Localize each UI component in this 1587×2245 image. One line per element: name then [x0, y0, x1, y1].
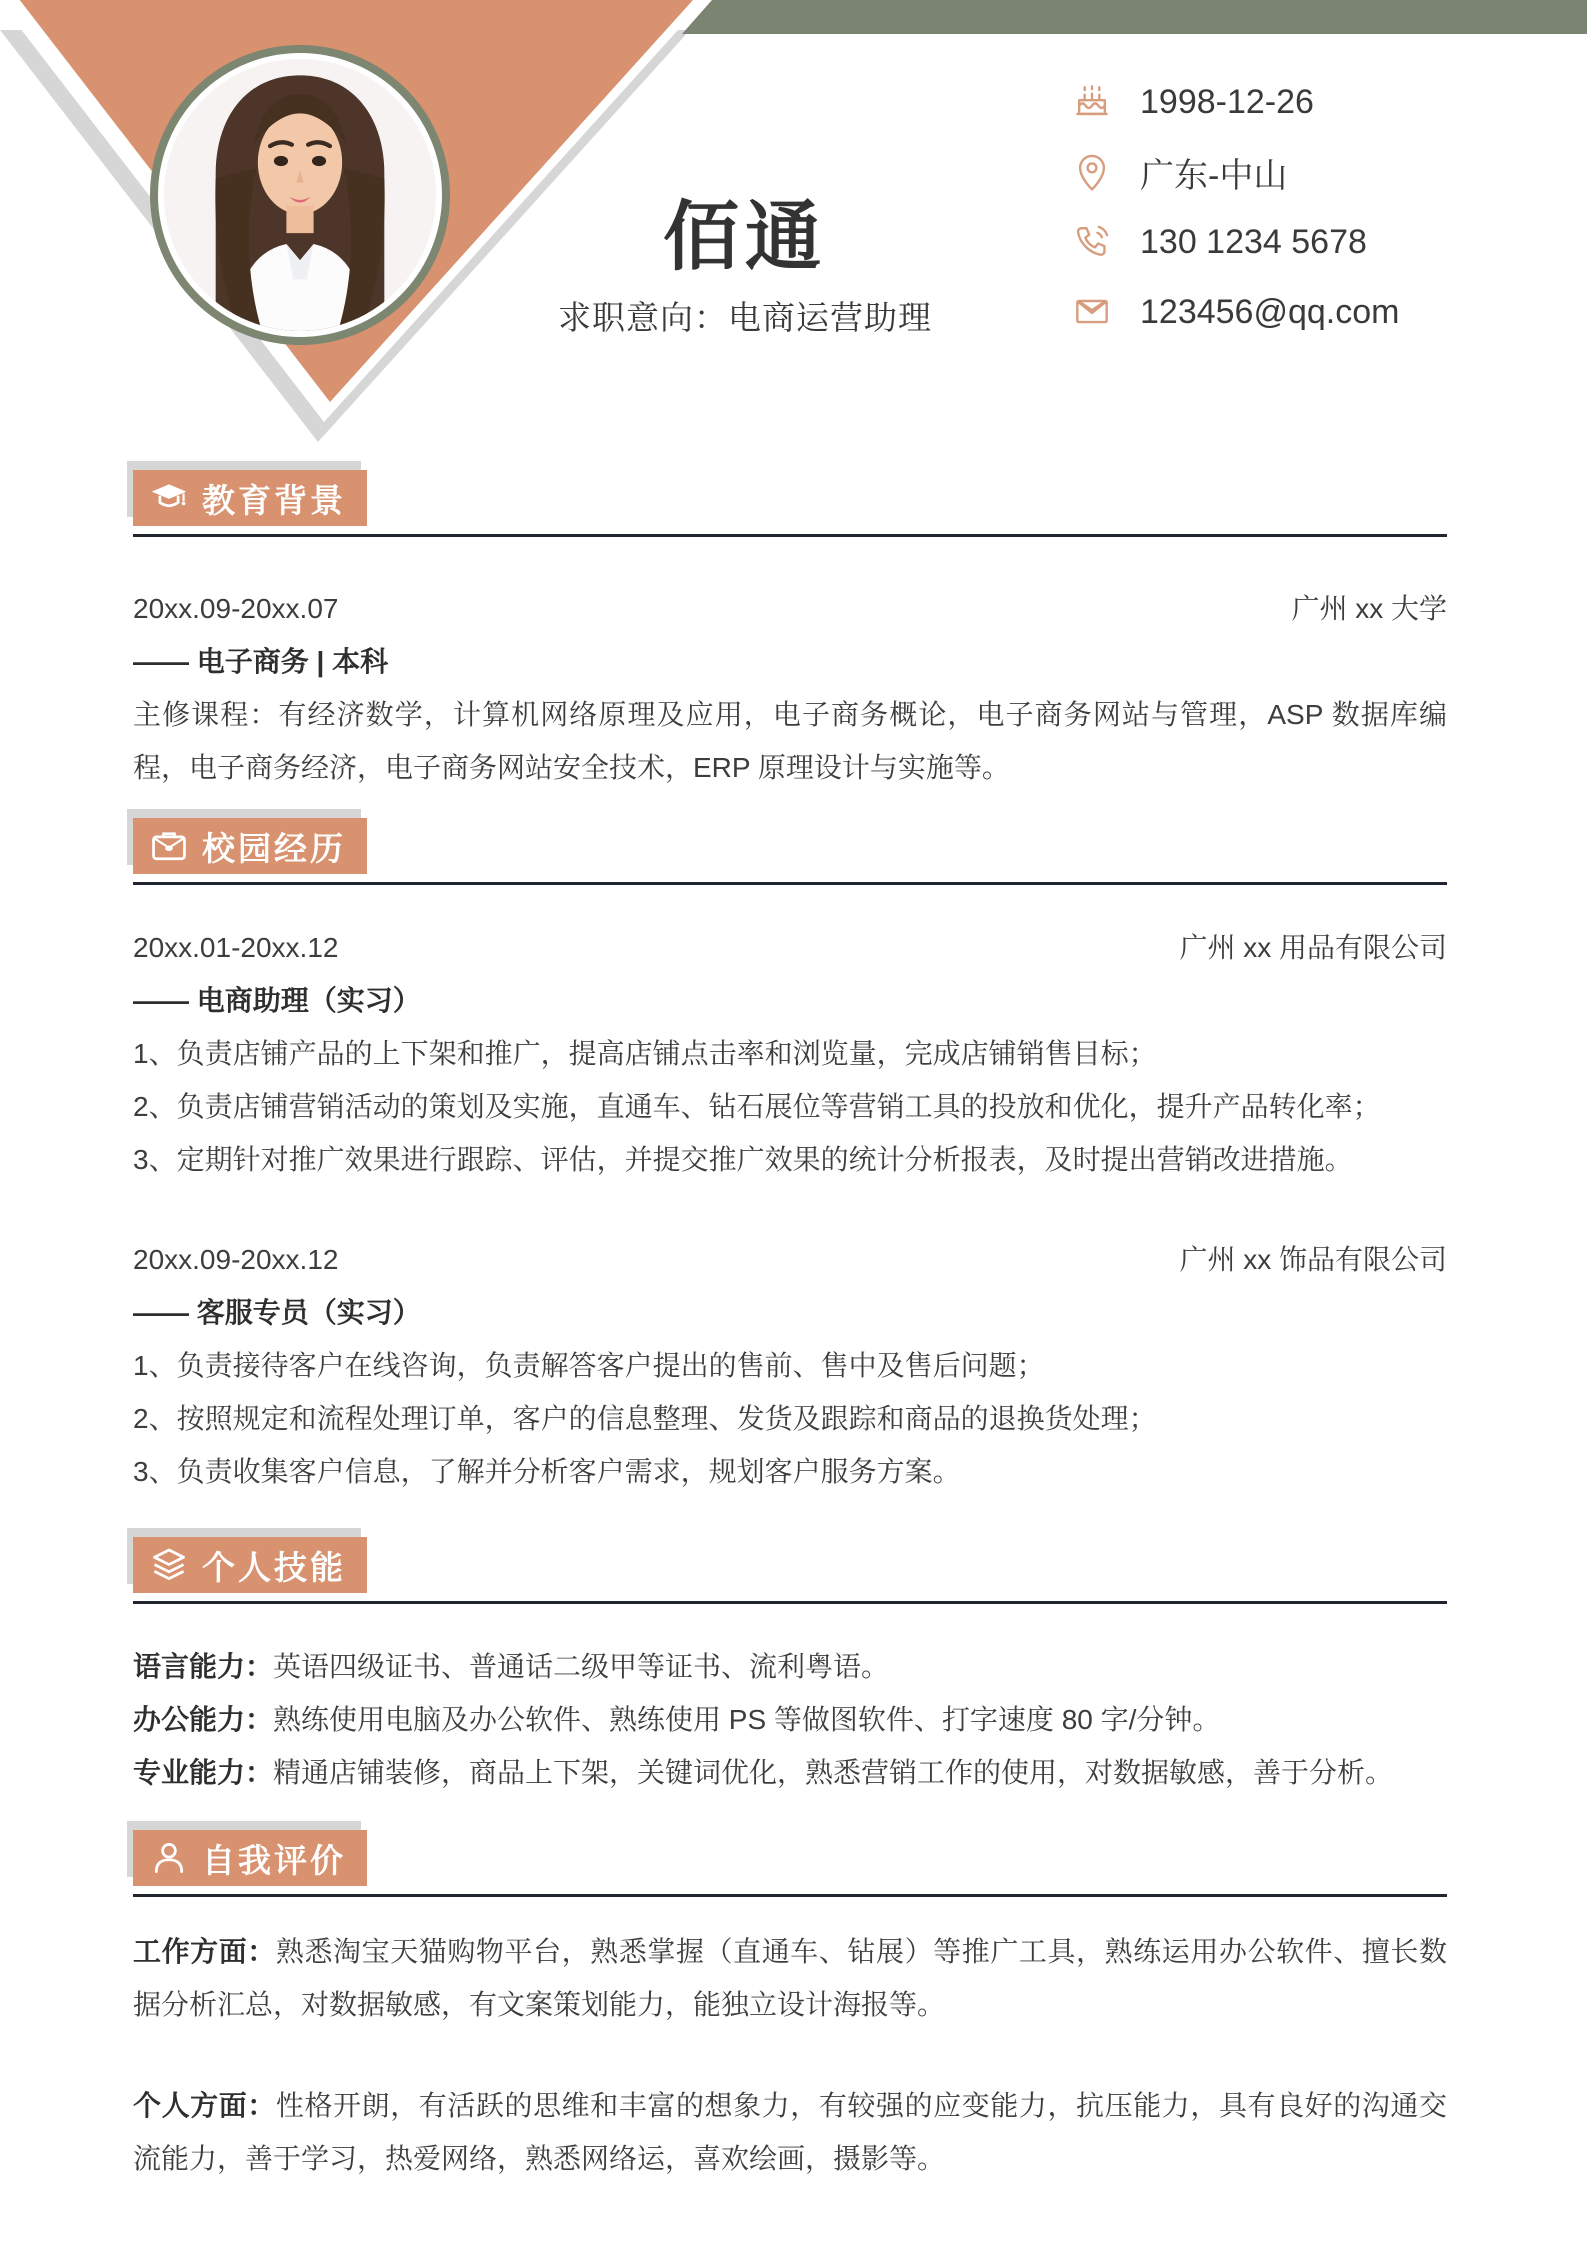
candidate-name: 佰通 [470, 190, 1020, 286]
skill-label: 办公能力： [133, 1704, 273, 1735]
job-title: —— 客服专员（实习） [133, 1286, 1447, 1339]
evaluation-label: 个人方面： [133, 2090, 276, 2121]
decor-green-band [682, 0, 1587, 34]
header: 佰通 求职意向：电商运营助理 1998-12-26 [0, 0, 1587, 470]
section-evaluation: 自我评价 工作方面：熟悉淘宝天猫购物平台，熟悉掌握（直通车、钻展）等推广工具，熟… [133, 1830, 1447, 2185]
section-evaluation-header: 自我评价 [133, 1830, 1447, 1886]
section-header-box: 教育背景 [133, 470, 367, 526]
section-skills-label: 个人技能 [202, 1542, 346, 1589]
education-school: 广州 xx 大学 [1291, 582, 1447, 635]
phone-value: 130 1234 5678 [1140, 223, 1367, 262]
resume-body: 教育背景 20xx.09-20xx.07 广州 xx 大学 —— 电子商务 | … [133, 470, 1447, 2185]
evaluation-label: 工作方面： [133, 1936, 276, 1967]
birthday-cake-icon [1070, 80, 1114, 124]
section-underline [133, 1894, 1447, 1897]
section-header-box: 校园经历 [133, 818, 367, 874]
education-courses: 主修课程：有经济数学，计算机网络原理及应用，电子商务概论，电子商务网站与管理，A… [133, 688, 1447, 794]
skills-list: 语言能力：英语四级证书、普通话二级甲等证书、流利粤语。 办公能力：熟练使用电脑及… [133, 1640, 1447, 1799]
education-degree: —— 电子商务 | 本科 [133, 635, 1447, 688]
location-pin-icon [1070, 150, 1114, 194]
skill-item-professional: 专业能力：精通店铺装修，商品上下架，关键词优化，熟悉营销工作的使用，对数据敏感，… [133, 1746, 1447, 1799]
job-bullet: 2、按照规定和流程处理订单，客户的信息整理、发货及跟踪和商品的退换货处理； [133, 1392, 1447, 1445]
job-title: —— 电商助理（实习） [133, 974, 1447, 1027]
evaluation-personal: 个人方面：性格开朗，有活跃的思维和丰富的想象力，有较强的应变能力，抗压能力，具有… [133, 2079, 1447, 2185]
job-company: 广州 xx 用品有限公司 [1179, 921, 1447, 974]
skill-item-office: 办公能力：熟练使用电脑及办公软件、熟练使用 PS 等做图软件、打字速度 80 字… [133, 1693, 1447, 1746]
birthday-value: 1998-12-26 [1140, 83, 1314, 122]
contact-row-birthday: 1998-12-26 [1070, 79, 1399, 125]
skill-text: 英语四级证书、普通话二级甲等证书、流利粤语。 [273, 1651, 889, 1682]
evaluation-list: 工作方面：熟悉淘宝天猫购物平台，熟悉掌握（直通车、钻展）等推广工具，熟练运用办公… [133, 1925, 1447, 2185]
section-campus: 校园经历 20xx.01-20xx.12 广州 xx 用品有限公司 —— 电商助… [133, 818, 1447, 1498]
contact-row-location: 广东-中山 [1070, 149, 1399, 195]
evaluation-text: 性格开朗，有活跃的思维和丰富的想象力，有较强的应变能力，抗压能力，具有良好的沟通… [133, 2090, 1447, 2174]
briefcase-icon [149, 826, 189, 866]
job-bullet: 3、定期针对推广效果进行跟踪、评估，并提交推广效果的统计分析报表，及时提出营销改… [133, 1133, 1447, 1186]
campus-job-2: 20xx.09-20xx.12 广州 xx 饰品有限公司 —— 客服专员（实习）… [133, 1233, 1447, 1498]
evaluation-work: 工作方面：熟悉淘宝天猫购物平台，熟悉掌握（直通车、钻展）等推广工具，熟练运用办公… [133, 1925, 1447, 2031]
section-campus-label: 校园经历 [202, 823, 346, 870]
section-header-box: 个人技能 [133, 1537, 367, 1593]
section-evaluation-label: 自我评价 [202, 1835, 346, 1882]
skill-text: 熟练使用电脑及办公软件、熟练使用 PS 等做图软件、打字速度 80 字/分钟。 [273, 1704, 1220, 1735]
skill-text: 精通店铺装修，商品上下架，关键词优化，熟悉营销工作的使用，对数据敏感，善于分析。 [273, 1757, 1393, 1788]
section-header-box: 自我评价 [133, 1830, 367, 1886]
profile-photo [150, 45, 450, 345]
education-period: 20xx.09-20xx.07 [133, 582, 338, 635]
job-intent: 求职意向：电商运营助理 [470, 298, 1020, 338]
contact-row-email: 123456@qq.com [1070, 289, 1399, 335]
email-value: 123456@qq.com [1140, 293, 1399, 332]
section-education: 教育背景 20xx.09-20xx.07 广州 xx 大学 —— 电子商务 | … [133, 470, 1447, 794]
skill-label: 专业能力： [133, 1757, 273, 1788]
job-bullet: 1、负责接待客户在线咨询，负责解答客户提出的售前、售中及售后问题； [133, 1339, 1447, 1392]
identity-block: 佰通 求职意向：电商运营助理 [470, 190, 1020, 338]
section-education-header: 教育背景 [133, 470, 1447, 526]
section-skills: 个人技能 语言能力：英语四级证书、普通话二级甲等证书、流利粤语。 办公能力：熟练… [133, 1537, 1447, 1799]
section-skills-header: 个人技能 [133, 1537, 1447, 1593]
section-underline [133, 882, 1447, 885]
section-underline [133, 534, 1447, 537]
section-underline [133, 1601, 1447, 1604]
contact-list: 1998-12-26 广东-中山 [1070, 79, 1399, 359]
email-icon [1070, 290, 1114, 334]
profile-photo-image [164, 59, 436, 331]
skill-item-language: 语言能力：英语四级证书、普通话二级甲等证书、流利粤语。 [133, 1640, 1447, 1693]
job-period: 20xx.09-20xx.12 [133, 1233, 338, 1286]
graduation-cap-icon [149, 478, 189, 518]
layers-icon [149, 1545, 189, 1585]
contact-row-phone: 130 1234 5678 [1070, 219, 1399, 265]
job-period: 20xx.01-20xx.12 [133, 921, 338, 974]
section-campus-header: 校园经历 [133, 818, 1447, 874]
person-icon [149, 1838, 189, 1878]
phone-icon [1070, 220, 1114, 264]
resume-page: 佰通 求职意向：电商运营助理 1998-12-26 [0, 0, 1587, 2245]
evaluation-text: 熟悉淘宝天猫购物平台，熟悉掌握（直通车、钻展）等推广工具，熟练运用办公软件、擅长… [133, 1936, 1447, 2020]
job-bullet: 3、负责收集客户信息，了解并分析客户需求，规划客户服务方案。 [133, 1445, 1447, 1498]
job-company: 广州 xx 饰品有限公司 [1179, 1233, 1447, 1286]
section-education-label: 教育背景 [202, 475, 346, 522]
skill-label: 语言能力： [133, 1651, 273, 1682]
location-value: 广东-中山 [1140, 148, 1287, 197]
education-entry: 20xx.09-20xx.07 广州 xx 大学 —— 电子商务 | 本科 主修… [133, 582, 1447, 794]
campus-job-1: 20xx.01-20xx.12 广州 xx 用品有限公司 —— 电商助理（实习）… [133, 921, 1447, 1186]
job-bullet: 1、负责店铺产品的上下架和推广，提高店铺点击率和浏览量，完成店铺销售目标； [133, 1027, 1447, 1080]
portrait-illustration [164, 59, 436, 331]
job-bullet: 2、负责店铺营销活动的策划及实施，直通车、钻石展位等营销工具的投放和优化，提升产… [133, 1080, 1447, 1133]
